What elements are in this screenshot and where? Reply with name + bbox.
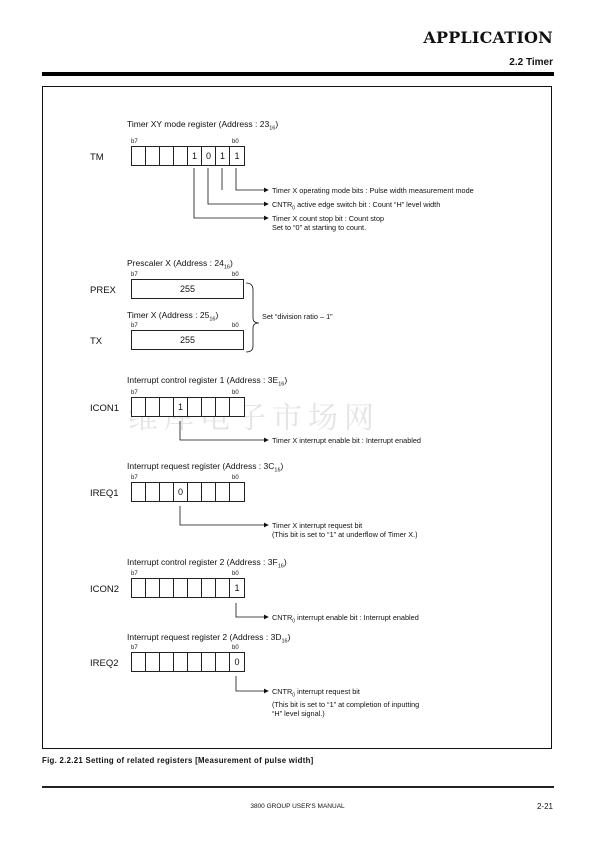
bit-cell: [160, 147, 174, 165]
tm-note-mode: Timer X operating mode bits : Pulse widt…: [272, 186, 474, 195]
bit-cell: [132, 579, 146, 597]
bit-cell: [202, 483, 216, 501]
register-bits-icon2: 1: [131, 578, 245, 598]
bit-cell: 1: [174, 398, 188, 416]
register-bits-ireq2: 0: [131, 652, 245, 672]
bit-cell: [160, 483, 174, 501]
bit-cell: [202, 579, 216, 597]
bit-cell: 0: [202, 147, 216, 165]
bit-cell: [216, 398, 230, 416]
bit-label-b0: b0: [232, 475, 239, 481]
bit-cell: [160, 579, 174, 597]
bit-label-b0: b0: [232, 390, 239, 396]
bit-cell: [132, 398, 146, 416]
bit-cell: 0: [174, 483, 188, 501]
bit-cell: [174, 653, 188, 671]
bit-label-b7: b7: [131, 390, 138, 396]
bit-label-b0: b0: [232, 571, 239, 577]
bit-cell: [188, 398, 202, 416]
bit-cell: [216, 653, 230, 671]
ireq2-title: Interrupt request register 2 (Address : …: [127, 632, 290, 645]
bit-label-b7: b7: [131, 139, 138, 145]
bit-label-b7: b7: [131, 645, 138, 651]
bit-cell: [132, 147, 146, 165]
ireq2-note: CNTR0 interrupt request bit (This bit is…: [272, 687, 419, 718]
ireq1-title: Interrupt request register (Address : 3C…: [127, 461, 283, 474]
bit-cell: [132, 653, 146, 671]
section-title: 2.2 Timer: [509, 57, 553, 68]
bit-cell: [146, 653, 160, 671]
bit-cell: [202, 653, 216, 671]
bit-cell: [146, 483, 160, 501]
register-value-tx: 255: [131, 330, 244, 350]
register-bits-icon1: 1: [131, 397, 245, 417]
icon2-title: Interrupt control register 2 (Address : …: [127, 557, 287, 570]
tm-note-stop: Timer X count stop bit : Count stopSet t…: [272, 214, 384, 232]
bit-cell: [188, 483, 202, 501]
bit-cell: [146, 147, 160, 165]
register-name-ireq1: IREQ1: [90, 488, 119, 499]
bit-cell: [174, 579, 188, 597]
footer-rule: [42, 786, 554, 788]
bit-cell: [230, 398, 244, 416]
icon2-note: CNTR0 interrupt enable bit : Interrupt e…: [272, 613, 419, 626]
bit-cell: 1: [230, 147, 244, 165]
bit-cell: 1: [188, 147, 202, 165]
register-value-prex: 255: [131, 279, 244, 299]
bit-cell: [146, 398, 160, 416]
prex-title: Prescaler X (Address : 2416): [127, 258, 233, 271]
bit-label-b7: b7: [131, 475, 138, 481]
tm-title: Timer XY mode register (Address : 2316): [127, 119, 278, 132]
register-name-icon1: ICON1: [90, 403, 119, 414]
bit-cell: [160, 653, 174, 671]
bit-cell: [146, 579, 160, 597]
bit-label-b7: b7: [131, 272, 138, 278]
bit-label-b0: b0: [232, 272, 239, 278]
register-name-prex: PREX: [90, 285, 116, 296]
bit-cell: 0: [230, 653, 244, 671]
register-name-icon2: ICON2: [90, 584, 119, 595]
bit-label-b0: b0: [232, 139, 239, 145]
figure-caption: Fig. 2.2.21 Setting of related registers…: [42, 756, 314, 765]
tx-title: Timer X (Address : 2516): [127, 310, 218, 323]
bit-cell: [188, 653, 202, 671]
header-title: APPLICATION: [423, 28, 553, 47]
header-rule: [42, 72, 554, 76]
page-number: 2-21: [537, 802, 553, 811]
register-bits-tm: 1 0 1 1: [131, 146, 245, 166]
bit-cell: 1: [230, 579, 244, 597]
bit-label-b7: b7: [131, 323, 138, 329]
bit-cell: [174, 147, 188, 165]
tm-note-edge: CNTR0 active edge switch bit : Count “H”…: [272, 200, 440, 213]
icon1-note: Timer X interrupt enable bit : Interrupt…: [272, 436, 421, 445]
bit-cell: [216, 483, 230, 501]
bit-cell: [132, 483, 146, 501]
ireq1-note: Timer X interrupt request bit(This bit i…: [272, 521, 418, 539]
register-name-ireq2: IREQ2: [90, 658, 119, 669]
register-name-tx: TX: [90, 336, 102, 347]
icon1-title: Interrupt control register 1 (Address : …: [127, 375, 287, 388]
bit-cell: 1: [216, 147, 230, 165]
bit-label-b7: b7: [131, 571, 138, 577]
bit-label-b0: b0: [232, 645, 239, 651]
bit-cell: [160, 398, 174, 416]
bit-cell: [216, 579, 230, 597]
footer-manual-title: 3800 GROUP USER'S MANUAL: [0, 803, 595, 810]
register-name-tm: TM: [90, 152, 104, 163]
register-bits-ireq1: 0: [131, 482, 245, 502]
bit-cell: [202, 398, 216, 416]
bit-cell: [230, 483, 244, 501]
brace-note: Set “division ratio – 1”: [262, 312, 333, 321]
bit-cell: [188, 579, 202, 597]
bit-label-b0: b0: [232, 323, 239, 329]
